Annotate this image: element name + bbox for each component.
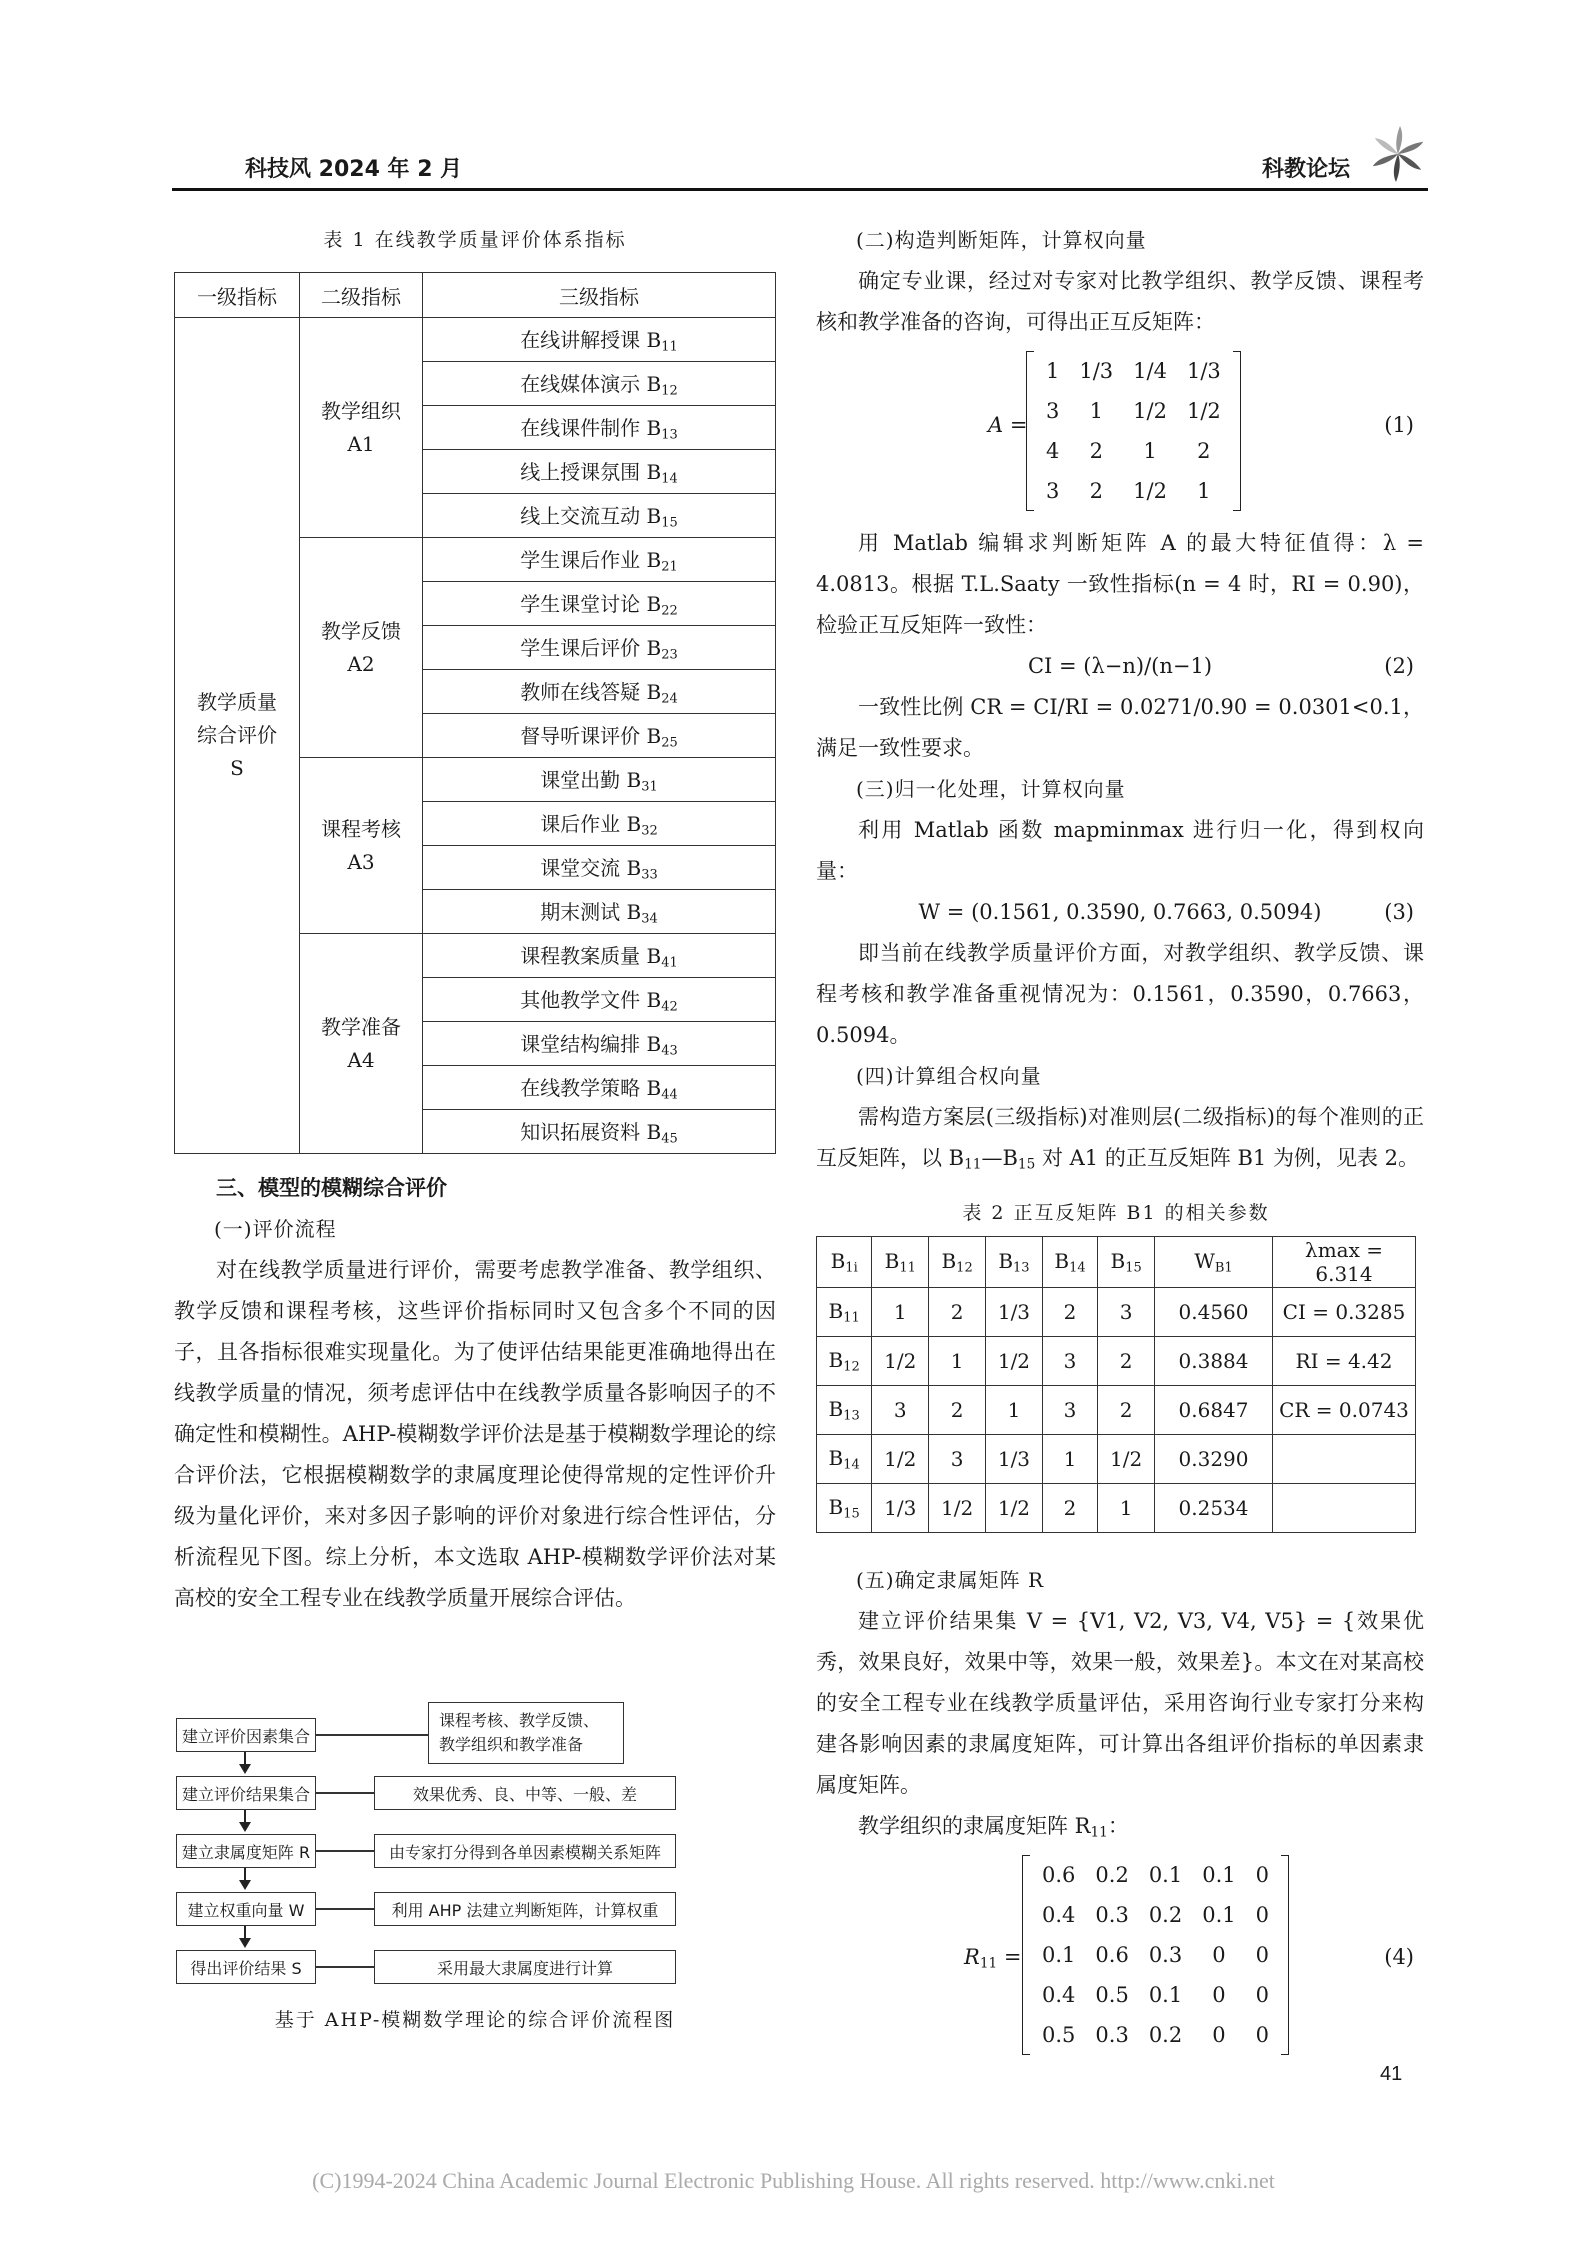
col-header-level2: 二级指标: [300, 273, 423, 318]
subsection-title: (二)构造判断矩阵，计算权向量: [816, 220, 1424, 261]
group-name: 教学准备: [301, 1011, 421, 1044]
flow-note-1: 课程考核、教学反馈、教学组织和教学准备: [428, 1702, 624, 1764]
flowchart-caption: 基于 AHP-模糊数学理论的综合评价流程图: [174, 2005, 776, 2032]
level3-cell: 课程教案质量 B41: [423, 934, 776, 978]
level3-cell: 学生课堂讨论 B22: [423, 582, 776, 626]
level3-cell: 督导听课评价 B25: [423, 714, 776, 758]
level3-cell: 在线课件制作 B13: [423, 406, 776, 450]
flow-note-2: 效果优秀、良、中等、一般、差: [374, 1776, 676, 1810]
matrix-r11: 0.60.20.10.10 0.40.30.20.10 0.10.60.300 …: [1022, 1855, 1289, 2055]
col-header: B13: [986, 1237, 1043, 1288]
level3-cell: 在线媒体演示 B12: [423, 362, 776, 406]
flow-step-5: 得出评价结果 S: [176, 1950, 316, 1984]
col-header: B15: [1098, 1237, 1155, 1288]
table-row: B11 121/323 0.4560CI = 0.3285: [817, 1288, 1416, 1337]
level1-line: 教学质量: [176, 686, 298, 719]
col-header: B1i: [817, 1237, 872, 1288]
subsection-title: (三)归一化处理，计算权向量: [816, 769, 1424, 810]
flow-note-5: 采用最大隶属度进行计算: [374, 1950, 676, 1984]
col-header: λmax = 6.314: [1273, 1237, 1416, 1288]
col-header-level1: 一级指标: [175, 273, 300, 318]
equation-lhs: A =: [988, 413, 1027, 437]
level3-cell: 学生课后作业 B21: [423, 538, 776, 582]
flow-step-1: 建立评价因素集合: [176, 1718, 316, 1752]
copyright-footer: (C)1994-2024 China Academic Journal Elec…: [0, 2168, 1587, 2194]
subsection-title: (五)确定隶属矩阵 R: [816, 1560, 1424, 1601]
col-header: WB1: [1155, 1237, 1273, 1288]
level2-cell-a2: 教学反馈 A2: [300, 538, 423, 758]
arrow-down-icon: [244, 1752, 246, 1772]
group-code: A3: [301, 846, 421, 879]
paragraph: 确定专业课，经过对专家对比教学组织、教学反馈、课程考核和教学准备的咨询，可得出正…: [816, 261, 1424, 343]
header-rule: [172, 188, 1428, 191]
group-name: 教学反馈: [301, 615, 421, 648]
col-header: B11: [872, 1237, 929, 1288]
paragraph: 用 Matlab 编辑求判断矩阵 A 的最大特征值得：λ = 4.0813。根据…: [816, 523, 1424, 646]
level3-cell: 教师在线答疑 B24: [423, 670, 776, 714]
connector-line: [316, 1792, 374, 1794]
table-row: B13 32132 0.6847CR = 0.0743: [817, 1386, 1416, 1435]
col-header: B14: [1042, 1237, 1097, 1288]
equation-3: W = (0.1561, 0.3590, 0.7663, 0.5094) (3): [816, 892, 1424, 933]
equation-text: CI = (λ−n)/(n−1): [1028, 654, 1212, 678]
connector-line: [316, 1966, 374, 1968]
connector-line: [316, 1734, 428, 1736]
matrix-a: 11/31/41/3 311/21/2 4212 321/21: [1026, 351, 1241, 511]
paragraph: 教学组织的隶属度矩阵 R11：: [816, 1806, 1424, 1853]
level2-cell-a3: 课程考核 A3: [300, 758, 423, 934]
group-code: A1: [301, 428, 421, 461]
equation-2: CI = (λ−n)/(n−1) (2): [816, 646, 1424, 687]
equation-number: (2): [1384, 646, 1414, 687]
group-code: A2: [301, 648, 421, 681]
level2-cell-a1: 教学组织 A1: [300, 318, 423, 538]
arrow-down-icon: [244, 1810, 246, 1830]
equation-number: (3): [1384, 892, 1414, 933]
equation-lhs: R11 =: [964, 1945, 1021, 1971]
flow-step-2: 建立评价结果集合: [176, 1776, 316, 1810]
section-title: 三、模型的模糊综合评价: [174, 1167, 776, 1209]
flow-step-3: 建立隶属度矩阵 R: [176, 1834, 316, 1868]
column-title: 科教论坛: [1262, 152, 1350, 183]
equation-1: A = 11/31/41/3 311/21/2 4212 321/21 (1): [816, 343, 1424, 523]
arrow-down-icon: [244, 1868, 246, 1888]
paragraph: 利用 Matlab 函数 mapminmax 进行归一化，得到权向量：: [816, 810, 1424, 892]
level3-cell: 知识拓展资料 B45: [423, 1110, 776, 1154]
flow-note-3: 由专家打分得到各单因素模糊关系矩阵: [374, 1834, 676, 1868]
level1-cell: 教学质量 综合评价 S: [175, 318, 300, 1154]
level1-line: S: [176, 752, 298, 785]
group-name: 教学组织: [301, 395, 421, 428]
table-header-row: B1i B11 B12 B13 B14 B15 WB1 λmax = 6.314: [817, 1237, 1416, 1288]
paragraph: 一致性比例 CR = CI/RI = 0.0271/0.90 = 0.0301<…: [816, 687, 1424, 769]
table-row: B14 1/231/311/2 0.3290: [817, 1435, 1416, 1484]
level3-cell: 在线教学策略 B44: [423, 1066, 776, 1110]
col-header: B12: [929, 1237, 986, 1288]
paragraph: 即当前在线教学质量评价方面，对教学组织、教学反馈、课程考核和教学准备重视情况为：…: [816, 933, 1424, 1056]
table2-caption: 表 2 正互反矩阵 B1 的相关参数: [816, 1198, 1416, 1225]
page-number: 41: [1380, 2063, 1402, 2086]
evaluation-flowchart: 建立评价因素集合 课程考核、教学反馈、教学组织和教学准备 建立评价结果集合 效果…: [174, 1700, 776, 2000]
connector-line: [316, 1850, 374, 1852]
equation-text: W = (0.1561, 0.3590, 0.7663, 0.5094): [919, 900, 1322, 924]
paragraph: 需构造方案层(三级指标)对准则层(二级指标)的每个准则的正互反矩阵，以 B11—…: [816, 1097, 1424, 1185]
subsection-title: (四)计算组合权向量: [816, 1056, 1424, 1097]
level3-cell: 线上授课氛围 B14: [423, 450, 776, 494]
flow-step-4: 建立权重向量 W: [176, 1892, 316, 1926]
level3-cell: 期末测试 B34: [423, 890, 776, 934]
arrow-down-icon: [244, 1926, 246, 1946]
equation-number: (4): [1384, 1945, 1414, 1969]
connector-line: [316, 1908, 374, 1910]
group-code: A4: [301, 1044, 421, 1077]
level3-cell: 其他教学文件 B42: [423, 978, 776, 1022]
table-header-row: 一级指标 二级指标 三级指标: [175, 273, 776, 318]
journal-title: 科技风 2024 年 2 月: [245, 152, 462, 183]
level3-cell: 课堂结构编排 B43: [423, 1022, 776, 1066]
table1-caption: 表 1 在线教学质量评价体系指标: [174, 225, 776, 252]
flow-note-4: 利用 AHP 法建立判断矩阵，计算权重: [374, 1892, 676, 1926]
equation-4: R11 = 0.60.20.10.10 0.40.30.20.10 0.10.6…: [816, 1853, 1424, 2063]
level3-cell: 课后作业 B32: [423, 802, 776, 846]
subsection-title: (一)评价流程: [174, 1209, 776, 1250]
table-row: B12 1/211/232 0.3884RI = 4.42: [817, 1337, 1416, 1386]
level1-line: 综合评价: [176, 719, 298, 752]
paragraph: 对在线教学质量进行评价，需要考虑教学准备、教学组织、教学反馈和课程考核，这些评价…: [174, 1250, 776, 1619]
col-header-level3: 三级指标: [423, 273, 776, 318]
level3-cell: 线上交流互动 B15: [423, 494, 776, 538]
paragraph: 建立评价结果集 V = {V1, V2, V3, V4, V5} = {效果优秀…: [816, 1601, 1424, 1806]
level3-cell: 课堂出勤 B31: [423, 758, 776, 802]
indicator-table: 一级指标 二级指标 三级指标 教学质量 综合评价 S 教学组织 A1 在线讲解授…: [174, 272, 776, 1154]
level3-cell: 学生课后评价 B23: [423, 626, 776, 670]
level3-cell: 课堂交流 B33: [423, 846, 776, 890]
group-name: 课程考核: [301, 813, 421, 846]
level3-cell: 在线讲解授课 B11: [423, 318, 776, 362]
pinwheel-logo-icon: [1372, 124, 1424, 184]
matrix-b1-table: B1i B11 B12 B13 B14 B15 WB1 λmax = 6.314…: [816, 1236, 1416, 1533]
equation-number: (1): [1384, 413, 1414, 437]
level2-cell-a4: 教学准备 A4: [300, 934, 423, 1154]
table-row: B15 1/31/21/221 0.2534: [817, 1484, 1416, 1533]
